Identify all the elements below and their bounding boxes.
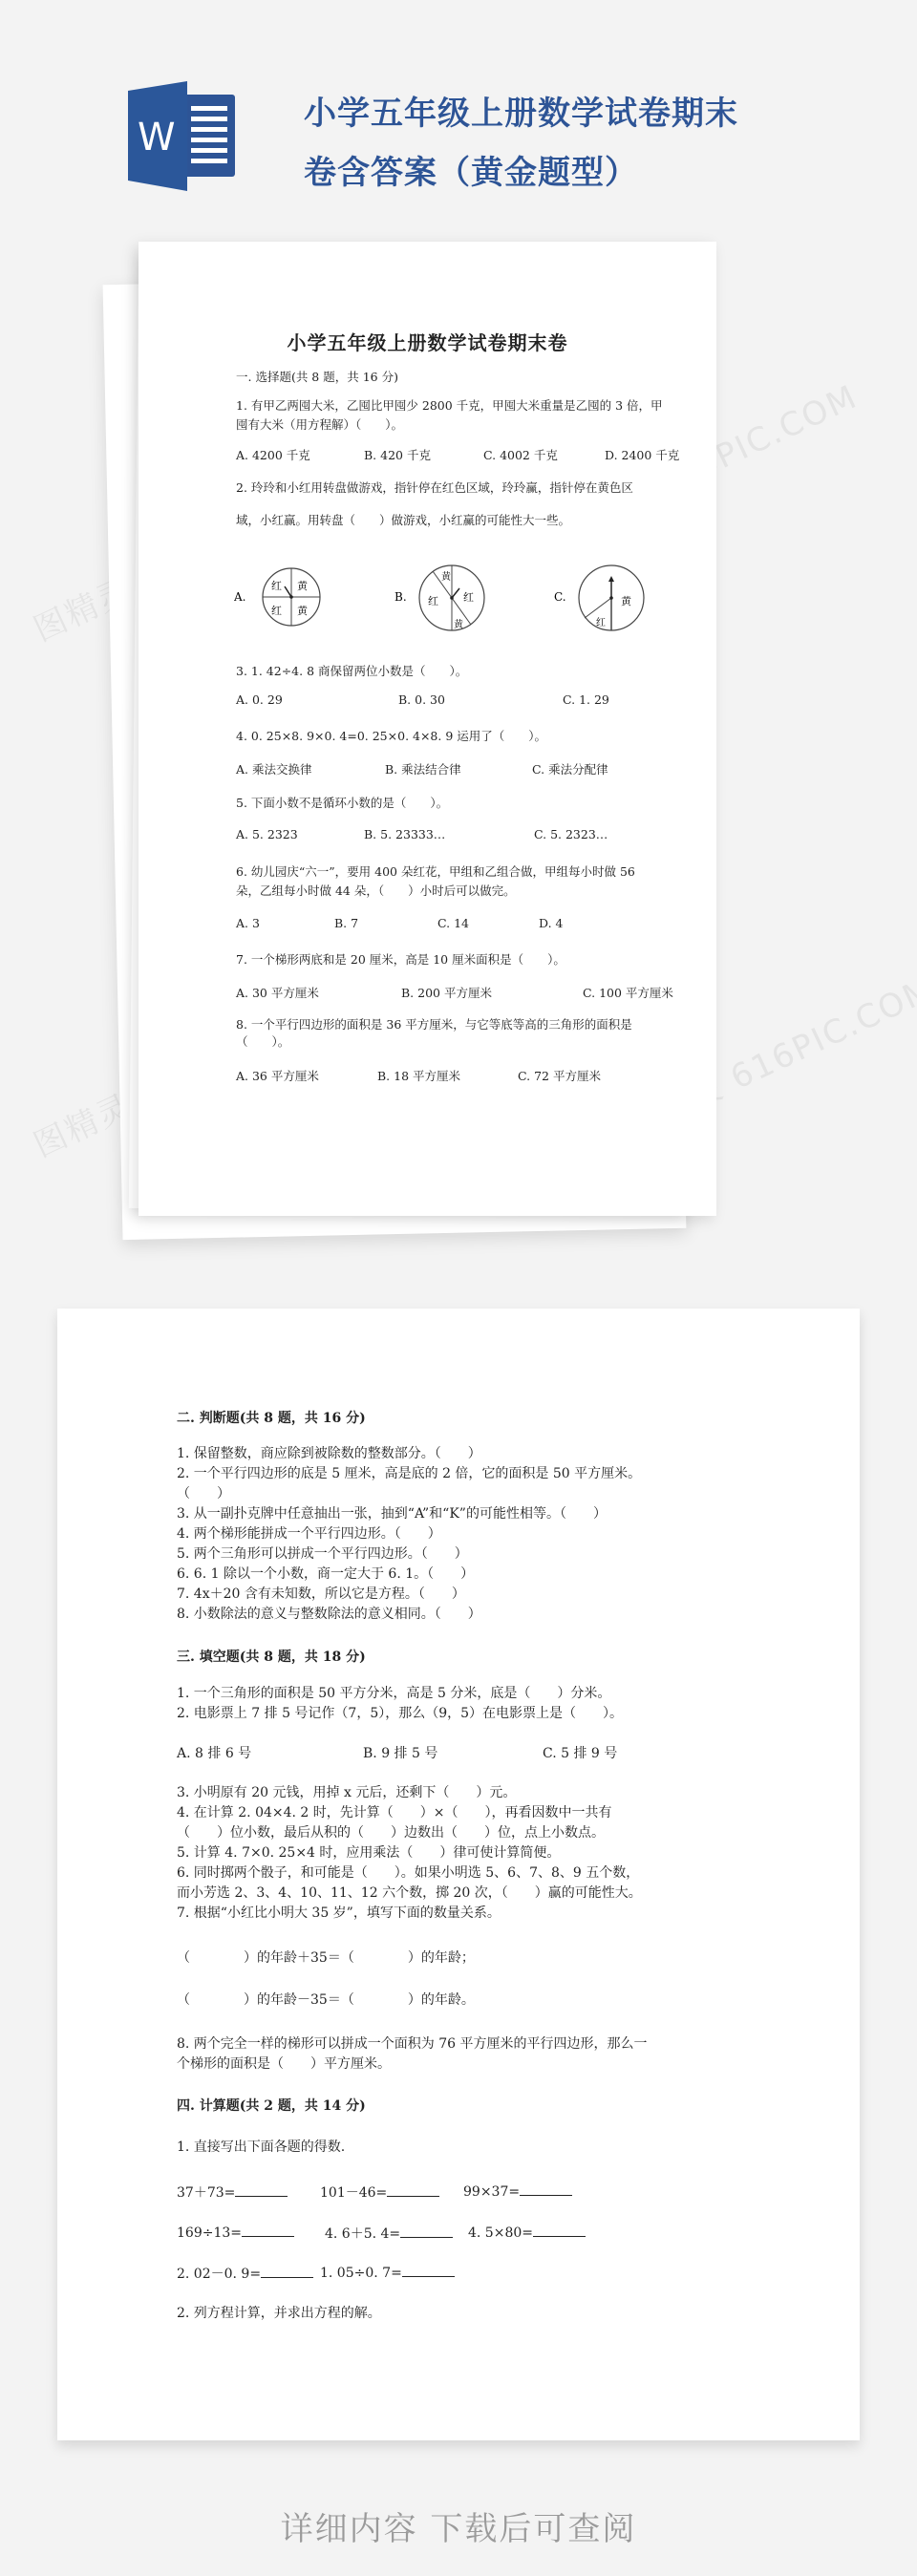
answer-blank[interactable] bbox=[387, 2183, 439, 2197]
option: A. 8 排 6 号 bbox=[177, 1743, 251, 1762]
option: D. 4 bbox=[539, 916, 563, 930]
option: A. 0. 29 bbox=[236, 692, 283, 707]
calc-expression: 37＋73= bbox=[177, 2182, 288, 2202]
question-4: 4. 0. 25×8. 9×0. 4=0. 25×0. 4×8. 9 运用了（ … bbox=[236, 727, 546, 746]
question-1-line1: 1. 有甲乙两囤大米，乙囤比甲囤少 2800 千克，甲囤大米重量是乙囤的 3 倍… bbox=[236, 396, 663, 415]
option: A. 30 平方厘米 bbox=[236, 984, 319, 1001]
fill-question-6-line2: 而小芳选 2、3、4、10、11、12 六个数，掷 20 次，（ ）赢的可能性大… bbox=[177, 1884, 642, 1904]
option: B. 7 bbox=[334, 916, 358, 930]
spinner-a-diagram: A. 红 黄 红 黄 bbox=[234, 564, 339, 631]
section-heading-choice: 一. 选择题(共 8 题，共 16 分) bbox=[236, 368, 398, 387]
option: C. 4002 千克 bbox=[483, 446, 558, 463]
document-title: 小学五年级上册数学试卷期末卷 bbox=[139, 328, 716, 355]
document-page-2: 二. 判断题(共 8 题，共 16 分) 1. 保留整数，商应除到被除数的整数部… bbox=[57, 1309, 860, 2440]
svg-text:红: 红 bbox=[271, 580, 282, 592]
fill-question-7: 7. 根据“小红比小明大 35 岁”，填写下面的数量关系。 bbox=[177, 1904, 501, 1924]
svg-text:B.: B. bbox=[395, 590, 407, 604]
judge-item: 7. 4x＋20 含有未知数，所以它是方程。（ ） bbox=[177, 1585, 465, 1605]
calc-expression: 2. 02－0. 9= bbox=[177, 2264, 313, 2283]
answer-blank[interactable] bbox=[242, 2224, 294, 2237]
answer-blank[interactable] bbox=[520, 2182, 572, 2196]
title-line1: 小学五年级上册数学试卷期末 bbox=[304, 84, 738, 143]
svg-text:黄: 黄 bbox=[441, 570, 452, 583]
question-6-line2: 朵，乙组每小时做 44 朵，（ ）小时后可以做完。 bbox=[236, 882, 516, 901]
svg-text:红: 红 bbox=[596, 617, 606, 628]
option: D. 2400 千克 bbox=[605, 446, 679, 463]
answer-blank[interactable] bbox=[400, 2225, 453, 2238]
option: A. 4200 千克 bbox=[236, 446, 310, 463]
svg-text:红: 红 bbox=[428, 595, 438, 607]
spinner-c-diagram: C. 黄 红 bbox=[554, 561, 659, 635]
fill-question-8-line1: 8. 两个完全一样的梯形可以拼成一个面积为 76 平方厘米的平行四边形，那么一 bbox=[177, 2034, 648, 2054]
option: C. 72 平方厘米 bbox=[518, 1067, 601, 1084]
svg-text:红: 红 bbox=[463, 591, 474, 604]
fill-question-8-line2: 个梯形的面积是（ ）平方厘米。 bbox=[177, 2054, 391, 2075]
judge-item: 5. 两个三角形可以拼成一个平行四边形。（ ） bbox=[177, 1544, 468, 1565]
option: C. 5 排 9 号 bbox=[543, 1743, 617, 1762]
answer-blank[interactable] bbox=[402, 2264, 455, 2277]
fill-question-4-line2: （ ）位小数，最后从积的（ ）边数出（ ）位，点上小数点。 bbox=[177, 1823, 605, 1843]
title-line2: 卷含答案（黄金题型） bbox=[304, 143, 738, 202]
option: B. 18 平方厘米 bbox=[377, 1067, 460, 1084]
option: A. 36 平方厘米 bbox=[236, 1067, 319, 1084]
option: B. 乘法结合律 bbox=[385, 760, 461, 777]
answer-blank[interactable] bbox=[533, 2224, 586, 2237]
option: C. 100 平方厘米 bbox=[583, 984, 673, 1001]
fill-question-3: 3. 小明原有 20 元钱，用掉 x 元后，还剩下（ ）元。 bbox=[177, 1783, 516, 1803]
fill-question-4-line1: 4. 在计算 2. 04×4. 2 时，先计算（ ）×（ ），再看因数中一共有 bbox=[177, 1803, 612, 1823]
question-8-line2: （ ）。 bbox=[236, 1033, 289, 1052]
svg-text:黄: 黄 bbox=[621, 594, 632, 607]
calc-expression: 99×37= bbox=[463, 2182, 572, 2200]
judge-item: 8. 小数除法的意义与整数除法的意义相同。（ ） bbox=[177, 1605, 481, 1625]
spinner-b: B. 黄 红 红 黄 bbox=[395, 561, 500, 639]
section-heading-calc: 四. 计算题(共 2 题，共 14 分) bbox=[177, 2097, 366, 2117]
question-5: 5. 下面小数不是循环小数的是（ ）。 bbox=[236, 794, 448, 813]
section-heading-fill: 三. 填空题(共 8 题，共 18 分) bbox=[177, 1648, 366, 1668]
svg-text:黄: 黄 bbox=[297, 579, 309, 592]
svg-text:黄: 黄 bbox=[454, 618, 464, 630]
judge-item: （ ） bbox=[177, 1484, 230, 1504]
question-3: 3. 1. 42÷4. 8 商保留两位小数是（ ）。 bbox=[236, 662, 467, 681]
option: B. 200 平方厘米 bbox=[401, 984, 492, 1001]
calc-expression: 4. 6＋5. 4= bbox=[325, 2224, 453, 2243]
judge-item: 1. 保留整数，商应除到被除数的整数部分。（ ） bbox=[177, 1444, 481, 1464]
calc-expression: 4. 5×80= bbox=[468, 2224, 586, 2241]
question-6-line1: 6. 幼儿园庆“六一”，要用 400 朵红花，甲组和乙组合做，甲组每小时做 56 bbox=[236, 862, 635, 882]
word-document-icon: W bbox=[124, 81, 239, 191]
svg-text:红: 红 bbox=[271, 605, 282, 617]
spinner-c: C. 黄 红 bbox=[554, 561, 659, 639]
question-2-line2: 域，小红赢。用转盘（ ）做游戏，小红赢的可能性大一些。 bbox=[236, 511, 570, 530]
download-prompt: 详细内容 下载后可查阅 bbox=[0, 2502, 917, 2549]
svg-text:C.: C. bbox=[554, 590, 566, 604]
calc-expression: 1. 05÷0. 7= bbox=[320, 2264, 455, 2281]
document-page-1: 小学五年级上册数学试卷期末卷 一. 选择题(共 8 题，共 16 分) 1. 有… bbox=[139, 242, 716, 1216]
option: C. 乘法分配律 bbox=[532, 760, 608, 777]
spinner-b-diagram: B. 黄 红 红 黄 bbox=[395, 561, 500, 635]
question-8-line1: 8. 一个平行四边形的面积是 36 平方厘米，与它等底等高的三角形的面积是 bbox=[236, 1015, 632, 1034]
judge-item: 6. 6. 1 除以一个小数，商一定大于 6. 1。（ ） bbox=[177, 1565, 474, 1585]
svg-text:W: W bbox=[138, 116, 176, 160]
option: C. 1. 29 bbox=[563, 692, 609, 707]
fill-question-1: 1. 一个三角形的面积是 50 平方分米，高是 5 分米，底是（ ）分米。 bbox=[177, 1684, 610, 1704]
judge-item: 2. 一个平行四边形的底是 5 厘米，高是底的 2 倍，它的面积是 50 平方厘… bbox=[177, 1464, 641, 1484]
fill-question-7-relation-1: （ ）的年龄＋35＝（ ）的年龄； bbox=[177, 1948, 475, 1969]
option: A. 3 bbox=[236, 916, 260, 930]
calc-expression: 101－46= bbox=[320, 2182, 439, 2202]
section-heading-judge: 二. 判断题(共 8 题，共 16 分) bbox=[177, 1409, 366, 1429]
fill-question-5: 5. 计算 4. 7×0. 25×4 时，应用乘法（ ）律可使计算简便。 bbox=[177, 1843, 560, 1863]
option: B. 9 排 5 号 bbox=[363, 1743, 437, 1762]
page-title: 小学五年级上册数学试卷期末 卷含答案（黄金题型） bbox=[304, 84, 738, 202]
option: B. 420 千克 bbox=[364, 446, 431, 463]
calc-question-1: 1. 直接写出下面各题的得数. bbox=[177, 2138, 345, 2158]
option: B. 0. 30 bbox=[398, 692, 445, 707]
option: B. 5. 23333… bbox=[364, 827, 445, 841]
header: W 小学五年级上册数学试卷期末 卷含答案（黄金题型） bbox=[0, 0, 917, 210]
judge-item: 4. 两个梯形能拼成一个平行四边形。（ ） bbox=[177, 1524, 441, 1544]
question-2-line1: 2. 玲玲和小红用转盘做游戏，指针停在红色区域，玲玲赢，指针停在黄色区 bbox=[236, 479, 633, 498]
option: C. 5. 2323… bbox=[534, 827, 608, 841]
answer-blank[interactable] bbox=[261, 2265, 313, 2278]
fill-question-2: 2. 电影票上 7 排 5 号记作（7，5），那么（9，5）在电影票上是（ ）。 bbox=[177, 1704, 623, 1724]
judge-item: 3. 从一副扑克牌中任意抽出一张，抽到“A”和“K”的可能性相等。（ ） bbox=[177, 1504, 607, 1524]
fill-question-6-line1: 6. 同时掷两个骰子，和可能是（ ）。如果小明选 5、6、7、8、9 五个数， bbox=[177, 1863, 639, 1884]
option: C. 14 bbox=[437, 916, 469, 930]
svg-text:黄: 黄 bbox=[297, 604, 309, 617]
calc-expression: 169÷13= bbox=[177, 2224, 294, 2241]
calc-question-2: 2. 列方程计算，并求出方程的解。 bbox=[177, 2304, 381, 2324]
question-1-line2: 囤有大米（用方程解）（ ）。 bbox=[236, 415, 403, 435]
fill-question-7-relation-2: （ ）的年龄－35＝（ ）的年龄。 bbox=[177, 1991, 475, 2011]
spinner-label: A. bbox=[234, 590, 245, 604]
spinner-a: A. 红 黄 红 黄 bbox=[234, 564, 339, 635]
answer-blank[interactable] bbox=[235, 2183, 288, 2197]
option: A. 5. 2323 bbox=[236, 827, 298, 841]
option: A. 乘法交换律 bbox=[236, 760, 311, 777]
question-7: 7. 一个梯形两底和是 20 厘米，高是 10 厘米面积是（ ）。 bbox=[236, 950, 565, 969]
